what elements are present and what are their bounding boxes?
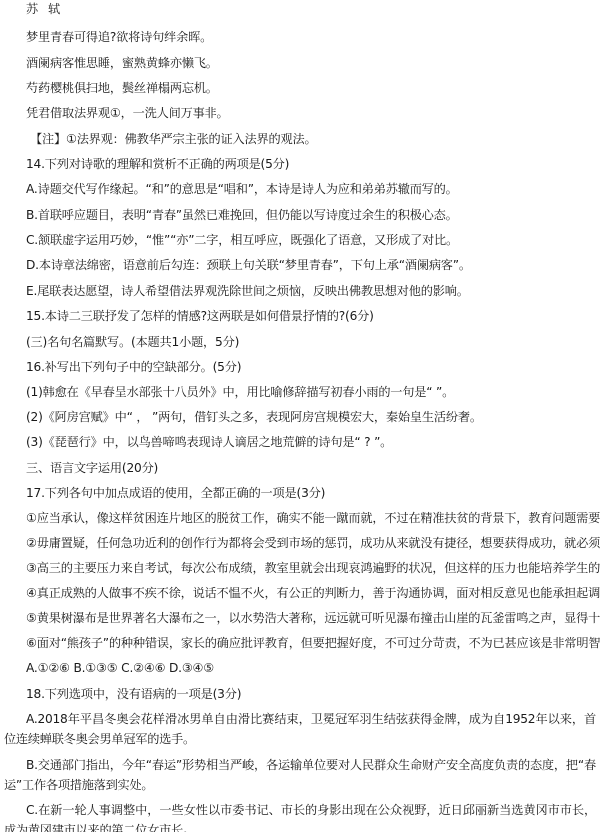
poem-line-3: 芍药樱桃俱扫地，鬓丝禅榻两忘机。 (26, 81, 596, 96)
poem-line-1: 梦里青春可得追?欲将诗句绊余晖。 (26, 30, 596, 45)
poem-line-4: 凭君借取法界观①，一洗人间万事非。 (26, 106, 596, 121)
q17-item-2: ②毋庸置疑，任何急功近利的创作行为都将会受到市场的惩罚，成功从来就没有捷径，想要… (26, 536, 596, 551)
q14-stem: 14.下列对诗歌的理解和赏析不正确的两项是(5分) (26, 157, 596, 172)
q16-stem: 16.补写出下列句子中的空缺部分。(5分) (26, 360, 596, 375)
q18-option-b: B.交通部门指出，今年“春运”形势相当严峻，各运输单位要对人民群众生命财产安全高… (4, 756, 596, 795)
q17-item-3: ③高三的主要压力来自考试，每次公布成绩，教室里就会出现哀鸿遍野的状况，但这样的压… (26, 561, 596, 576)
q18-option-a: A.2018年平昌冬奥会花样滑冰男单自由滑比赛结束，卫冕冠军羽生结弦获得金牌，成… (4, 710, 596, 749)
poem-author: 苏 轼 (26, 2, 596, 17)
q16-item-2: (2)《阿房宫赋》中“ ， ”两句，借钉头之多，表现阿房宫规模宏大，秦始皇生活纷… (26, 410, 596, 425)
q14-option-b: B.首联呼应题目，表明“青春”虽然已难挽回，但仍能以写诗度过余生的积极心态。 (26, 208, 596, 223)
poem-line-2: 酒阑病客惟思睡，蜜熟黄蜂亦懒飞。 (26, 56, 596, 71)
q16-item-3: (3)《琵琶行》中，以鸟兽啼鸣表现诗人谪居之地荒僻的诗句是“ ? ”。 (26, 435, 596, 450)
q17-item-1: ①应当承认，像这样贫困连片地区的脱贫工作，确实不能一蹴而就，不过在精准扶贫的背景… (26, 511, 596, 526)
q18-stem: 18.下列选项中，没有语病的一项是(3分) (26, 687, 596, 702)
q14-option-d: D.本诗章法绵密，语意前后勾连：颈联上句关联“梦里青春”，下句上承“酒阑病客”。 (26, 258, 596, 273)
part3-title: 三、语言文字运用(20分) (26, 461, 596, 476)
section3-title: (三)名句名篇默写。(本题共1小题，5分) (26, 335, 596, 350)
q14-option-a: A.诗题交代写作缘起。“和”的意思是“唱和”，本诗是诗人为应和弟弟苏辙而写的。 (26, 182, 596, 197)
q17-item-4: ④真正成熟的人做事不疾不徐，说话不愠不火，有公正的判断力，善于沟通协调，面对相反… (26, 586, 596, 601)
q17-item-6: ⑥面对“熊孩子”的种种错误，家长的确应批评教育，但要把握好度，不可过分苛责，不为… (26, 636, 596, 651)
q17-item-5: ⑤黄果树瀑布是世界著名大瀑布之一，以水势浩大著称，远远就可听见瀑布撞击山崖的瓦釜… (26, 611, 596, 626)
q18-option-c: C.在新一轮人事调整中，一些女性以市委书记、市长的身影出现在公众视野，近日邱丽新… (4, 801, 596, 832)
q15-stem: 15.本诗二三联抒发了怎样的情感?这两联是如何借景抒情的?(6分) (26, 309, 596, 324)
q14-option-c: C.颔联虚字运用巧妙，“惟”“亦”二字，相互呼应，既强化了语意，又形成了对比。 (26, 233, 596, 248)
poem-note: 【注】①法界观：佛教华严宗主张的证入法界的观法。 (30, 132, 596, 147)
q17-stem: 17.下列各句中加点成语的使用，全都正确的一项是(3分) (26, 486, 596, 501)
q16-item-1: (1)韩愈在《早春呈水部张十八员外》中，用比喻修辞描写初春小雨的一句是“ ”。 (26, 385, 596, 400)
q14-option-e: E.尾联表达愿望，诗人希望借法界观洗除世间之烦恼，反映出佛教思想对他的影响。 (26, 284, 596, 299)
q17-choices: A.①②⑥ B.①③⑤ C.②④⑥ D.③④⑤ (26, 661, 596, 676)
